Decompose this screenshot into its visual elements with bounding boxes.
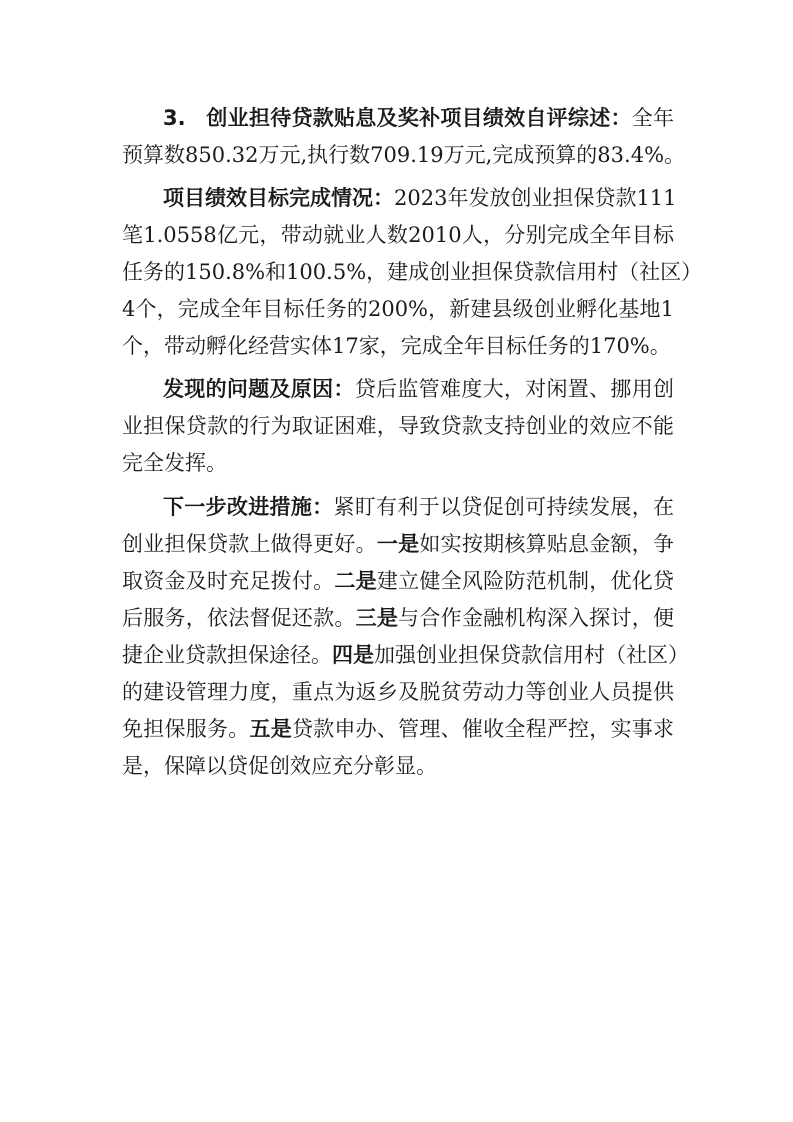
heading-improvement: 下一步改进措施： (163, 495, 333, 519)
paragraph-line: 完全发挥。 (122, 448, 674, 478)
paragraph-line: 任务的150.8%和100.5%，建成创业担保贷款信用村（社区） (122, 257, 674, 287)
paragraph-line: 创业担保贷款上做得更好。一是如实按期核算贴息金额，争 (122, 529, 674, 559)
paragraph-line: 捷企业贷款担保途径。四是加强创业担保贷款信用村（社区） (122, 640, 674, 670)
paragraph-problems-line: 发现的问题及原因：贷后监管难度大，对闲置、挪用创 (163, 374, 674, 404)
paragraph-line: 后服务，依法督促还款。三是与合作金融机构深入探讨，便 (122, 603, 674, 633)
paragraph-line: 个，带动孵化经营实体17家，完成全年目标任务的170%。 (122, 331, 674, 361)
heading-performance: 项目绩效目标完成情况： (163, 186, 394, 210)
section-number: 3. (163, 106, 186, 130)
marker-4: 四是 (332, 643, 374, 667)
paragraph-line: 免担保服务。五是贷款申办、管理、催收全程严控，实事求 (122, 714, 674, 744)
marker-2: 二是 (334, 569, 376, 593)
heading-problems: 发现的问题及原因： (163, 377, 355, 401)
marker-5: 五是 (249, 717, 291, 741)
paragraph-line: 业担保贷款的行为取证困难，导致贷款支持创业的效应不能 (122, 411, 674, 441)
marker-3: 三是 (356, 606, 398, 630)
paragraph-performance-line: 项目绩效目标完成情况：2023年发放创业担保贷款111 (163, 183, 674, 213)
paragraph-line: 4个，完成全年目标任务的200%，新建县级创业孵化基地1 (122, 294, 674, 324)
paragraph-improvement-line: 下一步改进措施：紧盯有利于以贷促创可持续发展，在 (163, 492, 674, 522)
section-text: 全年 (632, 106, 674, 130)
section-title: 创业担待贷款贴息及奖补项目绩效自评综述： (206, 106, 631, 130)
document-page: 3. 创业担待贷款贴息及奖补项目绩效自评综述：全年 预算数850.32万元,执行… (0, 0, 793, 1122)
section-heading-line: 3. 创业担待贷款贴息及奖补项目绩效自评综述：全年 (163, 103, 674, 133)
paragraph-line: 笔1.0558亿元，带动就业人数2010人，分别完成全年目标 (122, 220, 674, 250)
paragraph-line: 是，保障以贷促创效应充分彰显。 (122, 751, 674, 781)
section-text-line: 预算数850.32万元,执行数709.19万元,完成预算的83.4%。 (122, 140, 674, 170)
paragraph-line: 取资金及时充足拨付。二是建立健全风险防范机制，优化贷 (122, 566, 674, 596)
paragraph-line: 的建设管理力度，重点为返乡及脱贫劳动力等创业人员提供 (122, 677, 674, 707)
marker-1: 一是 (377, 532, 419, 556)
